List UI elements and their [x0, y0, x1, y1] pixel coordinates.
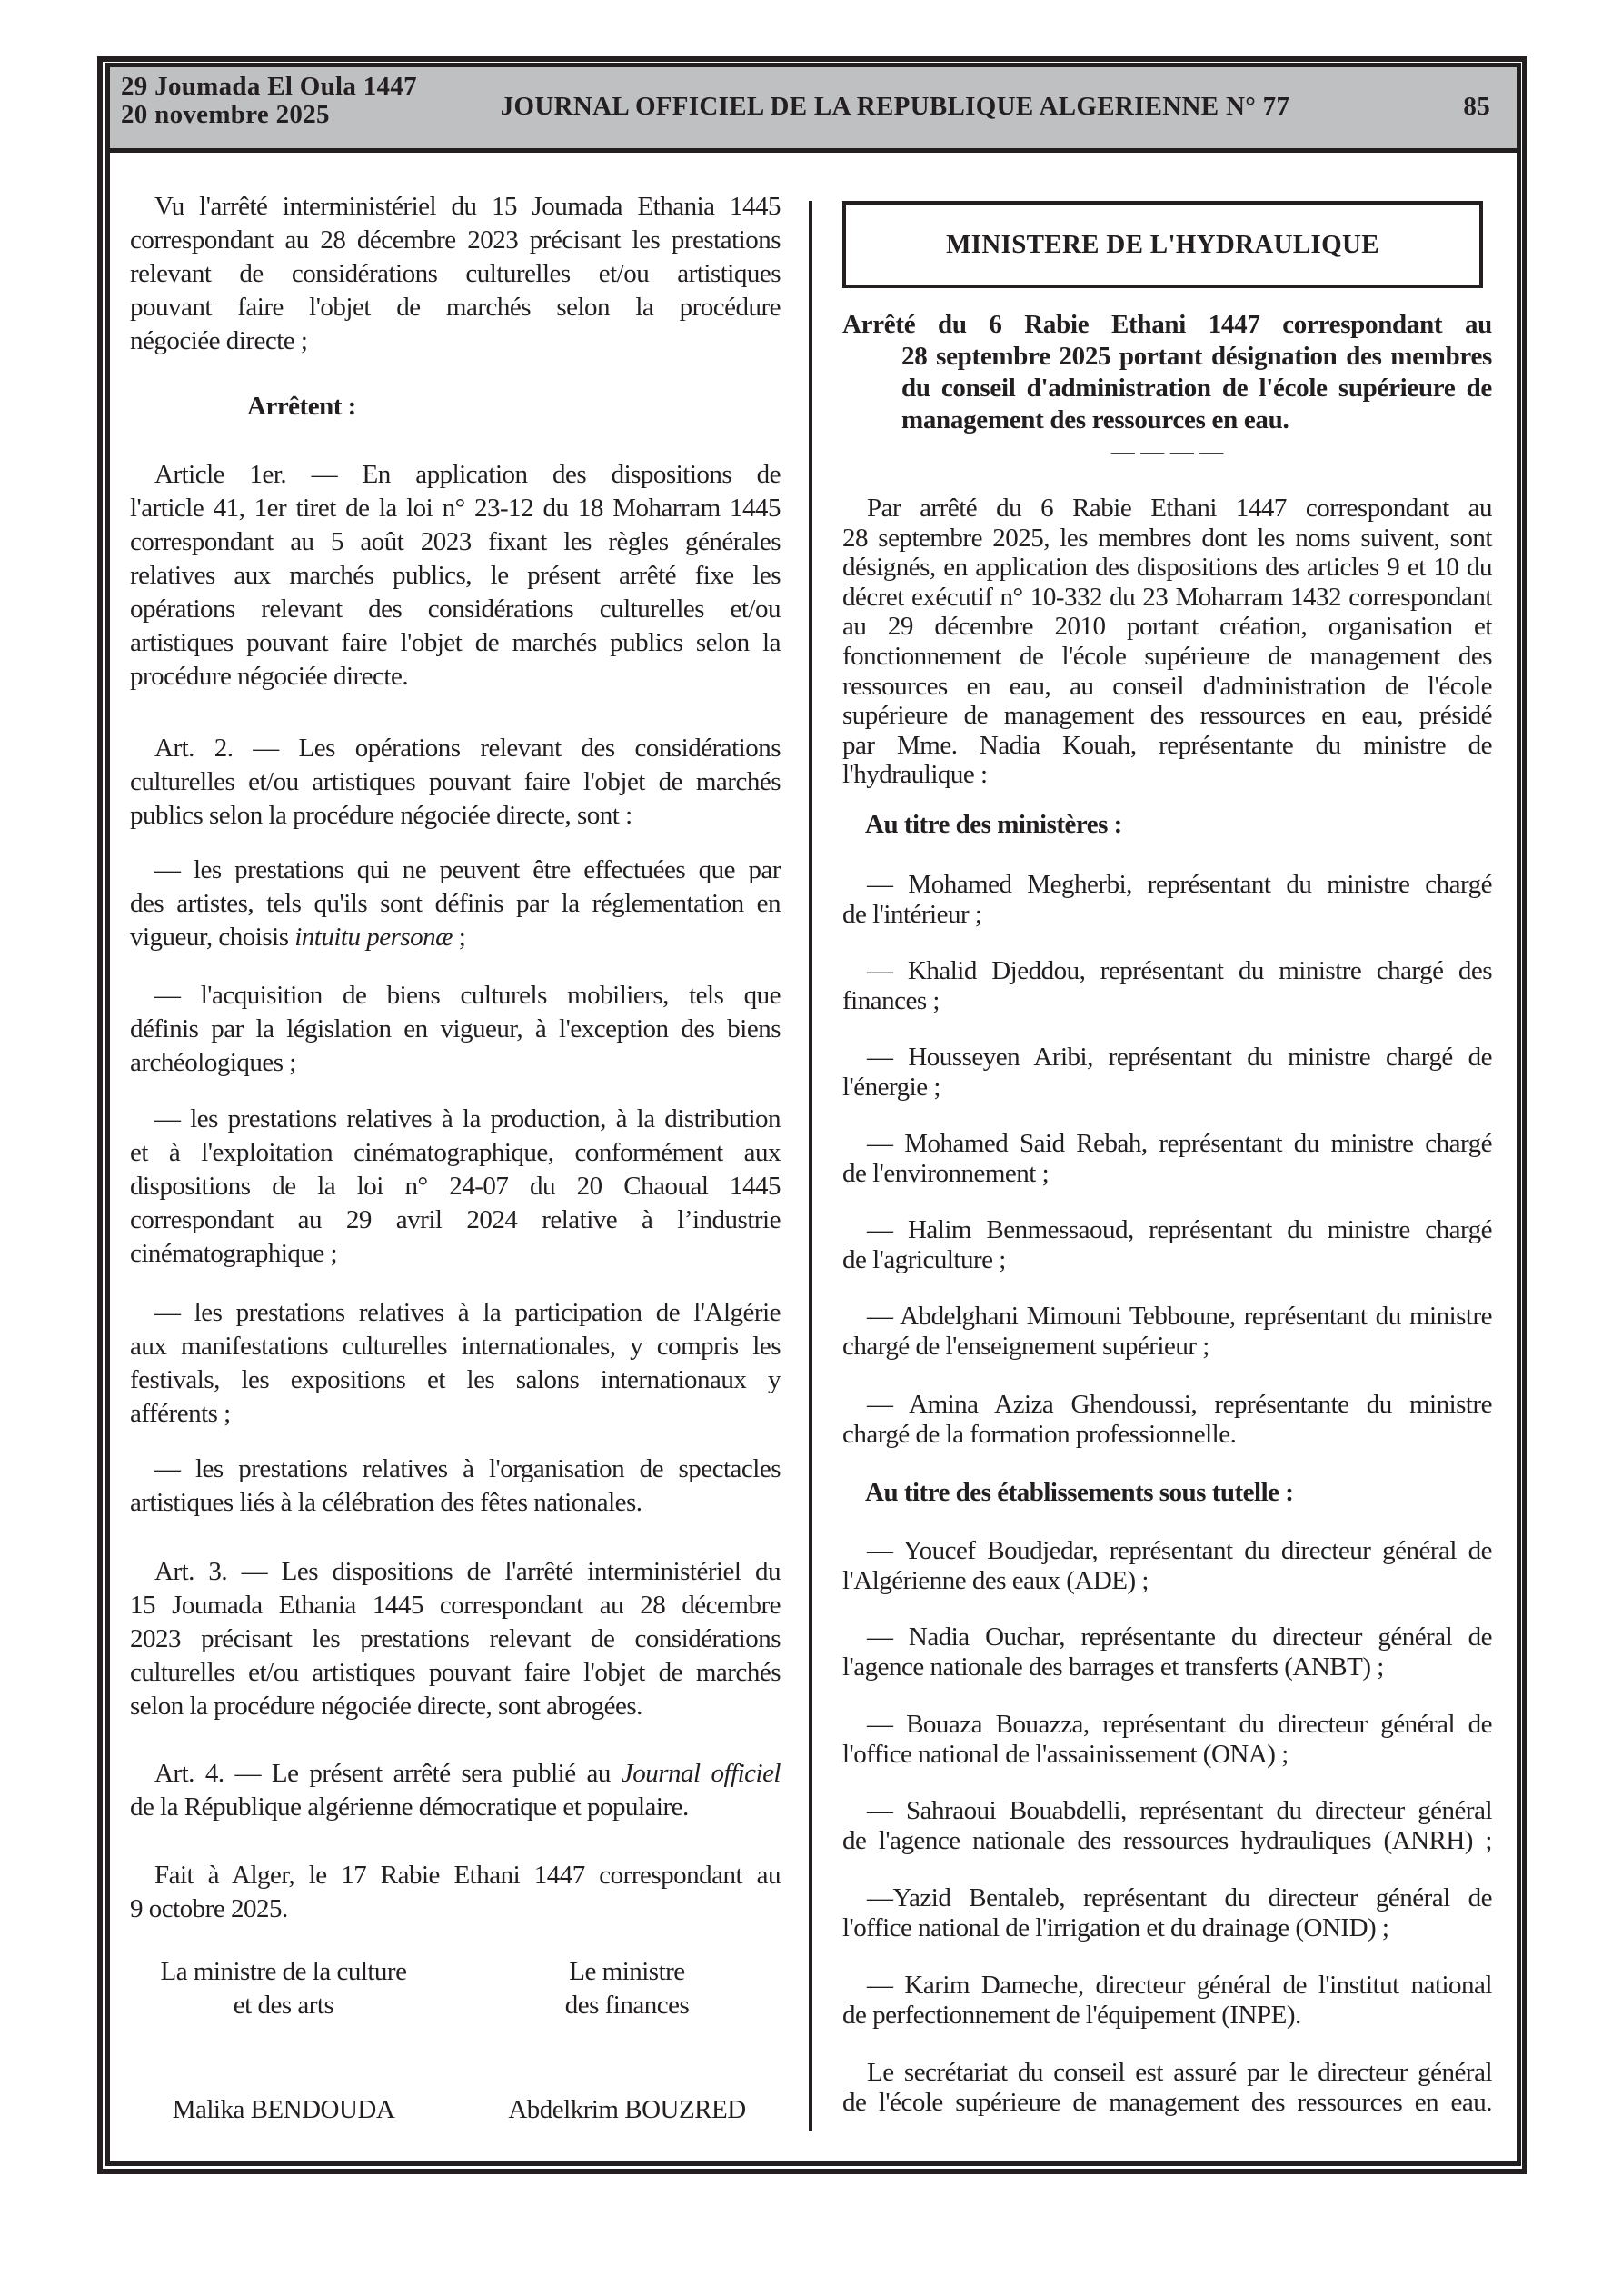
- text-line: chargé de l'enseignement supérieur ;: [842, 1332, 1492, 1362]
- text-segment: ;: [453, 923, 465, 952]
- member-item: — Bouaza Bouazza, représentant du direct…: [842, 1710, 1492, 1770]
- signatory-name: Abdelkrim BOUZRED: [491, 2093, 763, 2127]
- text-line: afférents ;: [130, 1397, 781, 1431]
- member-item: — Sahraoui Bouabdelli, représentant du d…: [842, 1796, 1492, 1856]
- text-line: des finances: [491, 1989, 763, 2022]
- text-segment: vigueur, choisis: [130, 923, 294, 952]
- member-item: — Abdelghani Mimouni Tebboune, représent…: [842, 1302, 1492, 1362]
- text-line: Le secrétariat du conseil est assuré par…: [842, 2058, 1492, 2088]
- text-line: Fait à Alger, le 17 Rabie Ethani 1447 co…: [130, 1859, 781, 1892]
- italic-latin-phrase: intuitu personæ: [294, 923, 453, 952]
- text-line: — l'acquisition de biens culturels mobil…: [130, 979, 781, 1013]
- text-line: l'hydraulique :: [842, 760, 1492, 790]
- header-page-number: 85: [1463, 92, 1490, 121]
- text-line: procédure négociée directe.: [130, 660, 781, 694]
- signatory-name: Malika BENDOUDA: [147, 2093, 420, 2127]
- text-line: — Mohamed Megherbi, représentant du mini…: [842, 870, 1492, 900]
- text-line: de perfectionnement de l'équipement (INP…: [842, 2001, 1492, 2031]
- text-line: finances ;: [842, 986, 1492, 1016]
- member-item: — Mohamed Said Rebah, représentant du mi…: [842, 1129, 1492, 1189]
- member-item: — Housseyen Aribi, représentant du minis…: [842, 1043, 1492, 1103]
- text-line: — Nadia Ouchar, représentante du directe…: [842, 1622, 1492, 1652]
- section-heading-ministries: Au titre des ministères :: [842, 810, 1492, 840]
- section-heading-institutions: Au titre des établissements sous tutelle…: [842, 1478, 1492, 1508]
- column-divider: [809, 201, 812, 2131]
- journal-page: 29 Joumada El Oula 1447 20 novembre 2025…: [0, 0, 1622, 2296]
- decision-heading: Arrêtent :: [130, 390, 781, 424]
- text-line: relatives aux marchés publics, le présen…: [130, 559, 781, 593]
- member-item: — Khalid Djeddou, représentant du minist…: [842, 956, 1492, 1016]
- text-line: désignés, en application des disposition…: [842, 553, 1492, 583]
- text-line: correspondant au 5 août 2023 fixant les …: [130, 525, 781, 559]
- text-line: Le ministre: [491, 1955, 763, 1989]
- text-line: — les prestations relatives à l'organisa…: [130, 1452, 781, 1486]
- text-line: La ministre de la culture: [147, 1955, 420, 1989]
- text-line: du conseil d'administration de l'école s…: [842, 373, 1492, 404]
- text-line: aux manifestations culturelles internati…: [130, 1330, 781, 1363]
- text-line: décret exécutif n° 10-332 du 23 Moharram…: [842, 583, 1492, 613]
- text-line: publics selon la procédure négociée dire…: [130, 799, 781, 833]
- text-line: — Youcef Boudjedar, représentant du dire…: [842, 1536, 1492, 1566]
- text-line: de l'agriculture ;: [842, 1245, 1492, 1275]
- article-2-item: — les prestations relatives à l'organisa…: [130, 1452, 781, 1520]
- text-line: de l'agence nationale des ressources hyd…: [842, 1826, 1492, 1856]
- preamble-paragraph: Vu l'arrêté interministériel du 15 Jouma…: [130, 190, 781, 358]
- text-line: par Mme. Nadia Kouah, représentante du m…: [842, 731, 1492, 761]
- text-line: — Housseyen Aribi, représentant du minis…: [842, 1043, 1492, 1073]
- text-line: — les prestations qui ne peuvent être ef…: [130, 854, 781, 887]
- text-line: l'agence nationale des barrages et trans…: [842, 1652, 1492, 1682]
- text-line: Arrêté du 6 Rabie Ethani 1447 correspond…: [842, 309, 1492, 341]
- text-line: Art. 2. — Les opérations relevant des co…: [130, 732, 781, 765]
- text-line: chargé de la formation professionnelle.: [842, 1420, 1492, 1450]
- text-line: et des arts: [147, 1989, 420, 2022]
- article-2-item: — les prestations relatives à la product…: [130, 1103, 781, 1271]
- text-line: de l'intérieur ;: [842, 900, 1492, 930]
- text-line: — Karim Dameche, directeur général de l'…: [842, 1971, 1492, 2001]
- article-1-paragraph: Article 1er. — En application des dispos…: [130, 458, 781, 694]
- ministry-heading-box: MINISTERE DE L'HYDRAULIQUE: [842, 201, 1483, 288]
- text-line: des artistes, tels qu'ils sont définis p…: [130, 887, 781, 921]
- italic-journal-name: Journal officiel: [622, 1759, 781, 1788]
- text-line: artistiques liés à la célébration des fê…: [130, 1486, 781, 1520]
- article-2-item: — les prestations qui ne peuvent être ef…: [130, 854, 781, 954]
- intro-paragraph: Par arrêté du 6 Rabie Ethani 1447 corres…: [842, 494, 1492, 790]
- member-item: — Halim Benmessaoud, représentant du min…: [842, 1215, 1492, 1275]
- text-line: ressources en eau, au conseil d'administ…: [842, 672, 1492, 702]
- text-line: pouvant faire l'objet de marchés selon l…: [130, 291, 781, 324]
- text-line: de l'environnement ;: [842, 1159, 1492, 1189]
- text-line: — Mohamed Said Rebah, représentant du mi…: [842, 1129, 1492, 1159]
- separator-dashes: — — — —: [842, 436, 1492, 466]
- text-line: — Halim Benmessaoud, représentant du min…: [842, 1215, 1492, 1245]
- text-line: et à l'exploitation cinématographique, c…: [130, 1136, 781, 1170]
- member-item: —Yazid Bentaleb, représentant du directe…: [842, 1883, 1492, 1943]
- text-line: correspondant au 28 décembre 2023 précis…: [130, 224, 781, 257]
- text-line: 28 septembre 2025 portant désignation de…: [842, 341, 1492, 373]
- text-line: au 29 décembre 2010 portant création, or…: [842, 612, 1492, 642]
- text-line: festivals, les expositions et les salons…: [130, 1363, 781, 1397]
- text-line: — les prestations relatives à la partici…: [130, 1296, 781, 1330]
- text-line: — Abdelghani Mimouni Tebboune, représent…: [842, 1302, 1492, 1332]
- article-2-paragraph: Art. 2. — Les opérations relevant des co…: [130, 732, 781, 833]
- text-line: — Sahraoui Bouabdelli, représentant du d…: [842, 1796, 1492, 1826]
- secretariat-paragraph: Le secrétariat du conseil est assuré par…: [842, 2058, 1492, 2118]
- text-line: Par arrêté du 6 Rabie Ethani 1447 corres…: [842, 494, 1492, 524]
- text-line: l'office national de l'irrigation et du …: [842, 1913, 1492, 1943]
- text-line: Art. 3. — Les dispositions de l'arrêté i…: [130, 1555, 781, 1589]
- text-line: management des ressources en eau.: [842, 404, 1492, 436]
- member-item: — Nadia Ouchar, représentante du directe…: [842, 1622, 1492, 1682]
- article-2-item: — l'acquisition de biens culturels mobil…: [130, 979, 781, 1080]
- text-line: de la République algérienne démocratique…: [130, 1791, 781, 1824]
- text-line: 2023 précisant les prestations relevant …: [130, 1622, 781, 1656]
- text-line: —Yazid Bentaleb, représentant du directe…: [842, 1883, 1492, 1913]
- header-hijri-date: 29 Joumada El Oula 1447: [121, 72, 417, 101]
- text-line: culturelles et/ou artistiques pouvant fa…: [130, 1656, 781, 1690]
- text-line: culturelles et/ou artistiques pouvant fa…: [130, 765, 781, 799]
- text-line: l'énergie ;: [842, 1073, 1492, 1103]
- text-segment: Art. 4. — Le présent arrêté sera publié …: [154, 1759, 622, 1788]
- member-item: — Amina Aziza Ghendoussi, représentante …: [842, 1390, 1492, 1450]
- text-line: artistiques pouvant faire l'objet de mar…: [130, 626, 781, 660]
- text-line: l'article 41, 1er tiret de la loi n° 23-…: [130, 492, 781, 525]
- text-line: correspondant au 29 avril 2024 relative …: [130, 1203, 781, 1237]
- text-line: supérieure de management des ressources …: [842, 701, 1492, 731]
- article-4-paragraph: Art. 4. — Le présent arrêté sera publié …: [130, 1757, 781, 1824]
- text-line: — Bouaza Bouazza, représentant du direct…: [842, 1710, 1492, 1740]
- text-line: cinématographique ;: [130, 1237, 781, 1271]
- text-line: relevant de considérations culturelles e…: [130, 257, 781, 291]
- ministry-heading: MINISTERE DE L'HYDRAULIQUE: [946, 230, 1379, 260]
- article-3-paragraph: Art. 3. — Les dispositions de l'arrêté i…: [130, 1555, 781, 1723]
- text-line: l'Algérienne des eaux (ADE) ;: [842, 1566, 1492, 1596]
- text-line: définis par la législation en vigueur, à…: [130, 1013, 781, 1046]
- text-line: opérations relevant des considérations c…: [130, 593, 781, 626]
- decree-title: Arrêté du 6 Rabie Ethani 1447 correspond…: [842, 309, 1492, 436]
- text-line: fonctionnement de l'école supérieure de …: [842, 642, 1492, 672]
- text-line: — Khalid Djeddou, représentant du minist…: [842, 956, 1492, 986]
- text-line: archéologiques ;: [130, 1046, 781, 1080]
- member-item: — Mohamed Megherbi, représentant du mini…: [842, 870, 1492, 930]
- text-line: de l'école supérieure de management des …: [842, 2088, 1492, 2118]
- text-line: 28 septembre 2025, les membres dont les …: [842, 524, 1492, 554]
- text-line: — les prestations relatives à la product…: [130, 1103, 781, 1136]
- text-line: l'office national de l'assainissement (O…: [842, 1740, 1492, 1770]
- done-at-paragraph: Fait à Alger, le 17 Rabie Ethani 1447 co…: [130, 1859, 781, 1926]
- text-line: 15 Joumada Ethania 1445 correspondant au…: [130, 1589, 781, 1622]
- text-line: Article 1er. — En application des dispos…: [130, 458, 781, 492]
- signatory-title: Le ministre des finances: [491, 1955, 763, 2022]
- header-journal-title: JOURNAL OFFICIEL DE LA REPUBLIQUE ALGERI…: [441, 92, 1349, 121]
- text-line: selon la procédure négociée directe, son…: [130, 1690, 781, 1723]
- text-line: 9 octobre 2025.: [130, 1892, 781, 1926]
- member-item: — Karim Dameche, directeur général de l'…: [842, 1971, 1492, 2031]
- text-line: Vu l'arrêté interministériel du 15 Jouma…: [130, 190, 781, 224]
- header-gregorian-date: 20 novembre 2025: [121, 100, 330, 129]
- signatory-title: La ministre de la culture et des arts: [147, 1955, 420, 2022]
- member-item: — Youcef Boudjedar, représentant du dire…: [842, 1536, 1492, 1596]
- text-line: Art. 4. — Le présent arrêté sera publié …: [130, 1757, 781, 1791]
- text-line: négociée directe ;: [130, 324, 781, 358]
- text-line: — Amina Aziza Ghendoussi, représentante …: [842, 1390, 1492, 1420]
- text-line: dispositions de la loi n° 24-07 du 20 Ch…: [130, 1170, 781, 1203]
- article-2-item: — les prestations relatives à la partici…: [130, 1296, 781, 1431]
- text-line: vigueur, choisis intuitu personæ ;: [130, 921, 781, 954]
